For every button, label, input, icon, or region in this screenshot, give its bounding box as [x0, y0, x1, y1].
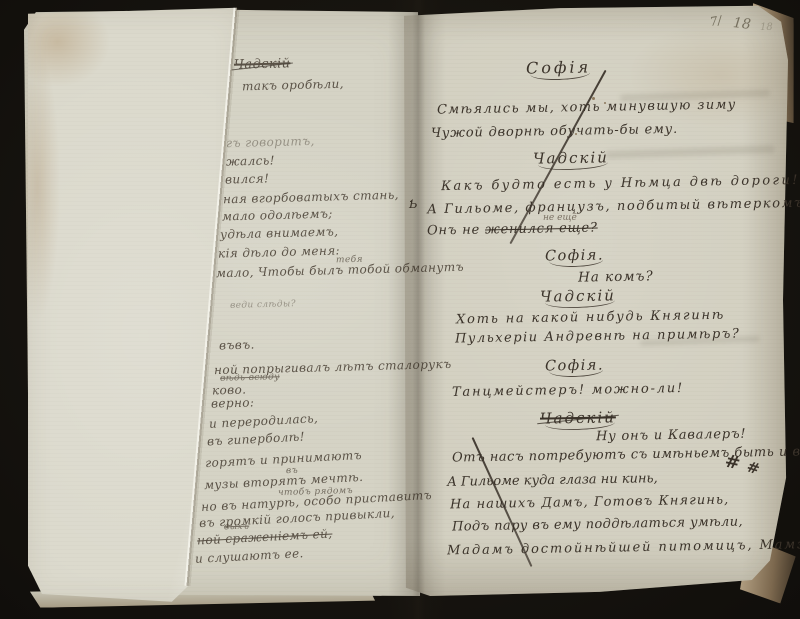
- left-fragment-insertion: тебя: [336, 255, 363, 266]
- speaker-heading-sofia: Софія.: [545, 247, 604, 264]
- left-fragment: гъ говоритъ,: [226, 134, 315, 150]
- page-number-faint: 18: [760, 22, 773, 33]
- speaker-heading-chatsky: Чадскій: [533, 148, 609, 167]
- left-fragment: въвъ.: [219, 338, 255, 353]
- interlinear-correction: не ещё: [543, 213, 577, 223]
- left-fragment: верно:: [211, 395, 255, 410]
- left-fragment: жалсь!: [226, 153, 275, 168]
- speaker-heading-sofia: Софія: [526, 57, 591, 77]
- verse-line: Ну онъ и Кавалеръ!: [596, 427, 747, 445]
- struck-words: женился еще?: [485, 221, 598, 238]
- left-fragment: Чадскій: [234, 56, 291, 72]
- speaker-heading-sofia: Софія.: [545, 357, 604, 374]
- speaker-heading-chatsky: Чадскій: [540, 286, 616, 305]
- margin-insertion-mark: Ƅ: [409, 197, 418, 211]
- left-fragment: вился!: [225, 171, 270, 186]
- speaker-heading-chatsky-struck: Чадскій: [540, 408, 616, 427]
- verse-line: На комъ?: [578, 268, 654, 285]
- manuscript-scan: Чадскій такъ оробѣли, гъ говоритъ, жалсь…: [0, 0, 800, 619]
- left-fragment: веди слѣды?: [230, 299, 296, 311]
- left-fragment: такъ оробѣли,: [242, 77, 344, 94]
- left-fragment: мало одолѣемъ;: [222, 207, 333, 224]
- corner-squiggle-mark: 7/: [709, 13, 723, 29]
- verse-line-prefix: Онъ не: [427, 222, 485, 238]
- page-number: 18: [732, 15, 751, 33]
